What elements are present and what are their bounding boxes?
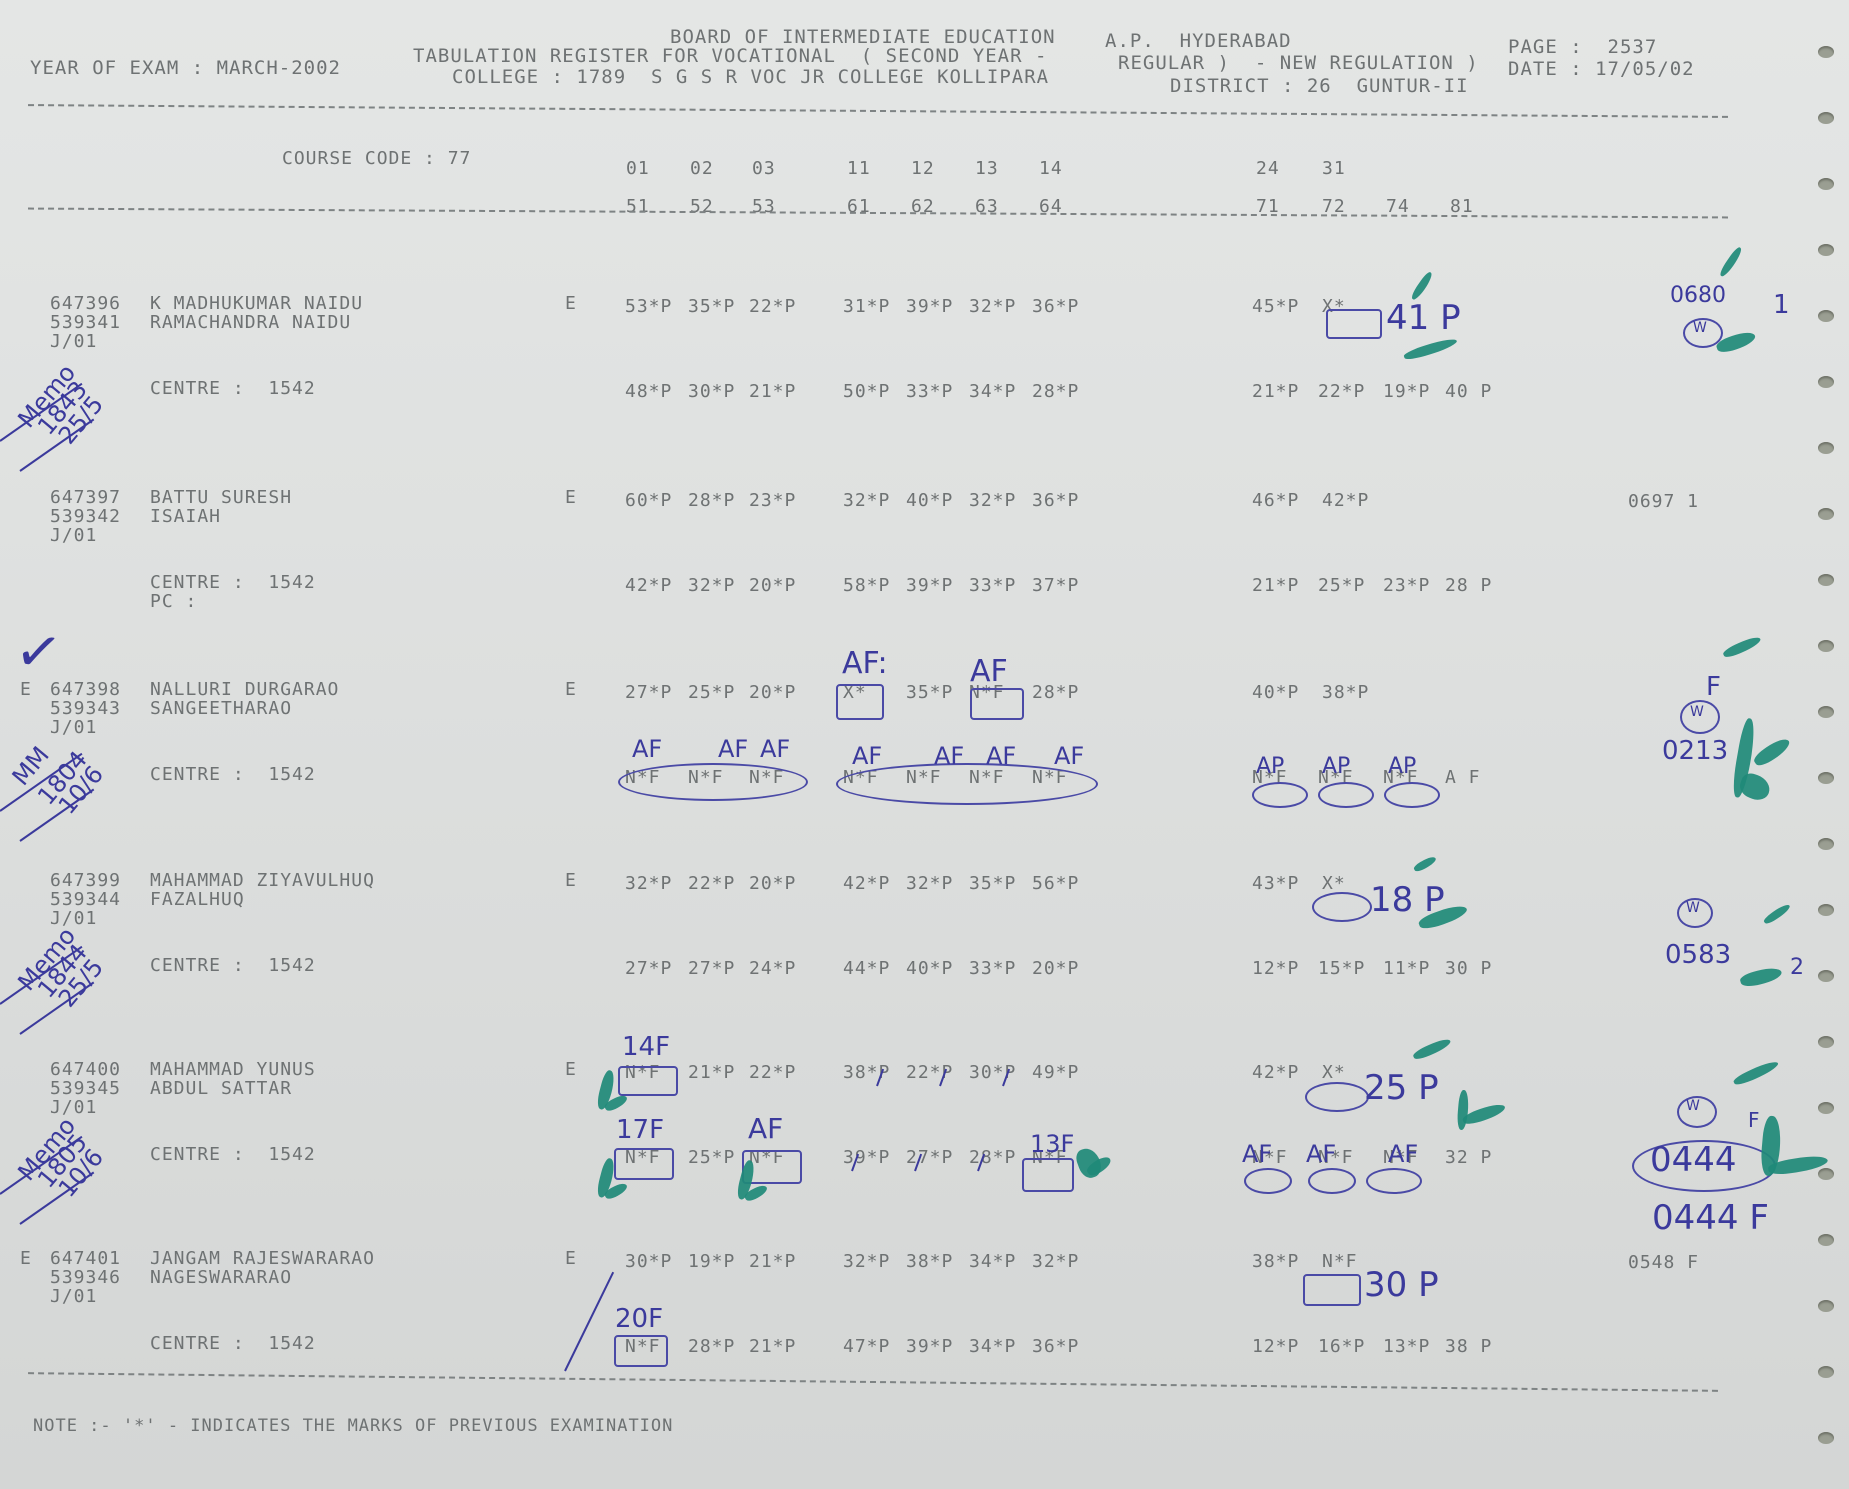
check-mark-icon: ✓ <box>11 617 67 688</box>
feed-hole <box>1818 376 1834 388</box>
mark-cell: 36*P <box>1032 296 1079 317</box>
father-name: FAZALHUQ <box>150 889 245 910</box>
correction-oval <box>1312 892 1372 922</box>
correction-box <box>614 1148 674 1180</box>
handwritten-total: 0680 <box>1670 283 1726 308</box>
mark-cell: 60*P <box>625 490 672 511</box>
tick-mark-icon <box>1732 1058 1780 1087</box>
student-name: NALLURI DURGARAO <box>150 679 339 700</box>
division-mark: 2 <box>1790 955 1804 980</box>
feed-hole <box>1818 1432 1834 1444</box>
feed-hole <box>1818 46 1834 58</box>
mark-cell: 28*P <box>688 490 735 511</box>
correction-box <box>618 1066 678 1096</box>
exam-centre: CENTRE : 1542 <box>150 1333 316 1354</box>
tick-mark-icon <box>1413 855 1438 874</box>
handwritten-af: AF <box>1388 1140 1418 1168</box>
correction-box <box>970 688 1024 720</box>
mark-cell: 12*P <box>1252 958 1299 979</box>
mark-cell: 30*P <box>625 1251 672 1272</box>
registration-number: 539342 <box>50 506 121 527</box>
mark-cell: 35*P <box>969 873 1016 894</box>
mark-cell: 40 P <box>1445 381 1492 402</box>
mark-cell: 32*P <box>688 575 735 596</box>
subject-code: 01 <box>626 158 650 179</box>
tick-mark-icon <box>1403 336 1458 363</box>
feed-hole <box>1818 970 1834 982</box>
student-name: BATTU SURESH <box>150 487 292 508</box>
handwritten-mark: 13F <box>1030 1130 1074 1158</box>
mark-cell: 32*P <box>843 1251 890 1272</box>
mark-cell: 39*P <box>906 296 953 317</box>
mark-cell: 35*P <box>906 682 953 703</box>
handwritten-result: F <box>1748 1108 1760 1132</box>
mark-cell: 32*P <box>969 296 1016 317</box>
mark-cell: 25*P <box>1318 575 1365 596</box>
feed-hole <box>1818 1168 1834 1180</box>
student-name: JANGAM RAJESWARARAO <box>150 1248 375 1269</box>
tick-mark-icon <box>1718 246 1744 278</box>
mark-cell: 23*P <box>749 490 796 511</box>
feed-hole <box>1818 1300 1834 1312</box>
feed-hole <box>1818 1366 1834 1378</box>
handwritten-af: AF <box>1306 1140 1336 1168</box>
mark-cell: 37*P <box>1032 575 1079 596</box>
mark-cell: 32*P <box>906 873 953 894</box>
registration-number: 539344 <box>50 889 121 910</box>
subject-code: 11 <box>847 158 871 179</box>
correction-box <box>1303 1274 1361 1306</box>
tick-mark-icon <box>1752 735 1793 769</box>
correction-oval <box>1305 1082 1369 1112</box>
mark-cell: 42*P <box>843 873 890 894</box>
mark-cell: 22*P <box>906 1062 953 1083</box>
mark-cell: 20*P <box>1032 958 1079 979</box>
subject-code: 52 <box>690 196 714 217</box>
feed-hole <box>1818 244 1834 256</box>
handwritten-mark: 14F <box>622 1032 670 1062</box>
hall-ticket-number: 647401 <box>50 1248 121 1269</box>
mark-cell: 22*P <box>749 296 796 317</box>
subject-code: 03 <box>752 158 776 179</box>
tick-mark-icon <box>1722 634 1762 660</box>
year-of-exam: YEAR OF EXAM : MARCH-2002 <box>30 57 341 79</box>
mark-cell: 20*P <box>749 873 796 894</box>
mark-cell: 58*P <box>843 575 890 596</box>
tick-mark-icon <box>1410 271 1435 302</box>
strike-line <box>564 1272 614 1372</box>
mark-cell: 38 P <box>1445 1336 1492 1357</box>
mark-cell: 42*P <box>625 575 672 596</box>
tick-mark-icon <box>1739 965 1783 989</box>
handwritten-total: 0583 <box>1665 940 1731 970</box>
n-f-oval <box>1318 782 1374 808</box>
mark-cell: A F <box>1445 767 1481 788</box>
father-name: RAMACHANDRA NAIDU <box>150 312 351 333</box>
mark-cell: 56*P <box>1032 873 1079 894</box>
mark-cell: 42*P <box>1322 490 1369 511</box>
mark-cell: 15*P <box>1318 958 1365 979</box>
mark-cell: 28*P <box>969 1147 1016 1168</box>
page-number: PAGE : 2537 <box>1508 36 1657 58</box>
mark-cell: 21*P <box>1252 575 1299 596</box>
mark-cell: 21*P <box>1252 381 1299 402</box>
mark-cell: 36*P <box>1032 490 1079 511</box>
father-name: SANGEETHARAO <box>150 698 292 719</box>
feed-hole <box>1818 1036 1834 1048</box>
medium: E <box>565 870 577 891</box>
mark-cell: 31*P <box>843 296 890 317</box>
mark-cell: 33*P <box>969 958 1016 979</box>
handwritten-mark: AF <box>748 1112 783 1145</box>
mark-cell: 30*P <box>688 381 735 402</box>
feed-hole <box>1818 508 1834 520</box>
subject-code: 02 <box>690 158 714 179</box>
mark-cell: 16*P <box>1318 1336 1365 1357</box>
hall-ticket-number: 647398 <box>50 679 121 700</box>
group-code: J/01 <box>50 717 97 738</box>
subject-code: 81 <box>1450 196 1474 217</box>
mark-cell: 21*P <box>749 1251 796 1272</box>
feed-hole <box>1818 310 1834 322</box>
n-f-oval <box>1366 1168 1422 1194</box>
mark-cell: 19*P <box>1383 381 1430 402</box>
mark-cell: 32*P <box>843 490 890 511</box>
mark-cell: 27*P <box>688 958 735 979</box>
result: 0548 F <box>1628 1252 1699 1273</box>
feed-hole <box>1818 904 1834 916</box>
w-mark: W <box>1693 320 1707 336</box>
mark-cell: 28 P <box>1445 575 1492 596</box>
subject-code: 53 <box>752 196 776 217</box>
mark-cell: 39*P <box>906 1336 953 1357</box>
father-name: ABDUL SATTAR <box>150 1078 292 1099</box>
board-location: A.P. HYDERABAD <box>1105 30 1292 52</box>
exam-centre: CENTRE : 1542 <box>150 764 316 785</box>
print-date: DATE : 17/05/02 <box>1508 58 1695 80</box>
mark-cell: 39*P <box>906 575 953 596</box>
feed-hole <box>1818 1234 1834 1246</box>
registration-number: 539341 <box>50 312 121 333</box>
mark-cell: 36*P <box>1032 1336 1079 1357</box>
hall-ticket-number: 647396 <box>50 293 121 314</box>
mark-cell: 48*P <box>625 381 672 402</box>
handwritten-af: AP <box>1388 754 1416 779</box>
subject-code: 12 <box>911 158 935 179</box>
exam-centre: CENTRE : 1542 <box>150 1144 316 1165</box>
course-code: COURSE CODE : 77 <box>282 148 471 169</box>
handwritten-af: AF <box>760 735 790 763</box>
feed-hole <box>1818 178 1834 190</box>
mark-cell: 43*P <box>1252 873 1299 894</box>
medium: E <box>565 679 577 700</box>
tick-mark-icon <box>1412 1036 1452 1062</box>
registration-number: 539343 <box>50 698 121 719</box>
registration-number: 539346 <box>50 1267 121 1288</box>
handwritten-af: AF <box>632 735 662 763</box>
footer-note: NOTE :- '*' - INDICATES THE MARKS OF PRE… <box>33 1416 673 1436</box>
mark-cell: X* <box>1322 873 1346 894</box>
handwritten-af: AF <box>718 735 748 763</box>
mark-cell: 21*P <box>688 1062 735 1083</box>
handwritten-af: AF <box>934 742 964 770</box>
handwritten-af: AP <box>1322 754 1350 779</box>
mark-cell: 50*P <box>843 381 890 402</box>
w-mark: W <box>1690 704 1704 720</box>
mark-cell: X* <box>1322 1062 1346 1083</box>
mark-cell: 21*P <box>749 381 796 402</box>
mark-cell: 42*P <box>1252 1062 1299 1083</box>
handwritten-correction: 30 P <box>1364 1265 1439 1305</box>
mark-cell: 40*P <box>906 958 953 979</box>
mark-cell: 22*P <box>688 873 735 894</box>
mark-cell: 12*P <box>1252 1336 1299 1357</box>
mark-cell: 30*P <box>969 1062 1016 1083</box>
medium: E <box>565 293 577 314</box>
student-name: K MADHUKUMAR NAIDU <box>150 293 363 314</box>
group-code: J/01 <box>50 331 97 352</box>
mark-cell: 38*P <box>1322 682 1369 703</box>
mark-cell: 34*P <box>969 1336 1016 1357</box>
district: DISTRICT : 26 GUNTUR-II <box>1170 75 1469 97</box>
n-f-group-oval <box>618 763 808 801</box>
mark-cell: 28*P <box>688 1336 735 1357</box>
feed-hole <box>1818 838 1834 850</box>
exam-centre: CENTRE : 1542 <box>150 955 316 976</box>
mark-cell: 39*P <box>843 1147 890 1168</box>
mark-cell: 38*P <box>843 1062 890 1083</box>
n-f-oval <box>1384 782 1440 808</box>
mark-cell: 47*P <box>843 1336 890 1357</box>
handwritten-af: AF <box>852 742 882 770</box>
register-title: TABULATION REGISTER FOR VOCATIONAL ( SEC… <box>413 45 1047 67</box>
mark-cell: 35*P <box>688 296 735 317</box>
mark-cell: 33*P <box>906 381 953 402</box>
mark-cell: 45*P <box>1252 296 1299 317</box>
mark-cell: 30 P <box>1445 958 1492 979</box>
handwritten-af: AF <box>986 742 1016 770</box>
feed-hole <box>1818 706 1834 718</box>
group-code: J/01 <box>50 525 97 546</box>
student-name: MAHAMMAD YUNUS <box>150 1059 316 1080</box>
handwritten-mark: 20F <box>615 1304 663 1334</box>
register-title-cont: REGULAR ) - NEW REGULATION ) <box>1118 52 1479 74</box>
feed-hole <box>1818 640 1834 652</box>
mark-cell: 44*P <box>843 958 890 979</box>
correction-box <box>1022 1158 1074 1192</box>
mark-cell: 46*P <box>1252 490 1299 511</box>
mark-cell: 24*P <box>749 958 796 979</box>
registration-number: 539345 <box>50 1078 121 1099</box>
handwritten-af: AF <box>1054 742 1084 770</box>
mark-cell: 38*P <box>906 1251 953 1272</box>
subject-code: 24 <box>1256 158 1280 179</box>
handwritten-correction: 41 P <box>1386 298 1461 338</box>
father-name: ISAIAH <box>150 506 221 527</box>
hall-ticket-number: 647399 <box>50 870 121 891</box>
mark-cell: 27*P <box>906 1147 953 1168</box>
feed-hole <box>1818 1102 1834 1114</box>
record-flag: E <box>20 1248 32 1269</box>
father-name: NAGESWARARAO <box>150 1267 292 1288</box>
feed-hole <box>1818 574 1834 586</box>
handwritten-result: F <box>1706 672 1721 702</box>
student-name: MAHAMMAD ZIYAVULHUQ <box>150 870 375 891</box>
handwritten-mark: 17F <box>616 1115 664 1145</box>
subject-code: 13 <box>975 158 999 179</box>
mark-cell: 22*P <box>749 1062 796 1083</box>
mark-cell: 33*P <box>969 575 1016 596</box>
mark-cell: 23*P <box>1383 575 1430 596</box>
division-mark: 1 <box>1773 290 1790 320</box>
tabulation-register-sheet: YEAR OF EXAM : MARCH-2002 BOARD OF INTER… <box>0 0 1849 1489</box>
exam-centre: CENTRE : 1542 <box>150 572 316 593</box>
mark-cell: 28*P <box>1032 381 1079 402</box>
subject-code: 51 <box>626 196 650 217</box>
mark-cell: 25*P <box>688 1147 735 1168</box>
mark-cell: 11*P <box>1383 958 1430 979</box>
hall-ticket-number: 647397 <box>50 487 121 508</box>
mark-cell: 49*P <box>1032 1062 1079 1083</box>
mark-cell: 34*P <box>969 381 1016 402</box>
handwritten-af: AF <box>970 654 1008 689</box>
handwritten-af: AF <box>1242 1140 1272 1168</box>
w-mark: W <box>1686 1098 1700 1114</box>
pc-label: PC : <box>150 591 197 612</box>
medium: E <box>565 1059 577 1080</box>
mark-cell: 40*P <box>906 490 953 511</box>
medium: E <box>565 1248 577 1269</box>
feed-hole <box>1818 772 1834 784</box>
tick-mark-icon <box>1456 1090 1469 1131</box>
mark-cell: 32*P <box>625 873 672 894</box>
mark-cell: 32*P <box>1032 1251 1079 1272</box>
college: COLLEGE : 1789 S G S R VOC JR COLLEGE KO… <box>452 66 1049 88</box>
mark-cell: 19*P <box>688 1251 735 1272</box>
correction-box <box>836 684 884 720</box>
mark-cell: 25*P <box>688 682 735 703</box>
divider <box>28 104 1728 118</box>
mark-cell: 27*P <box>625 682 672 703</box>
handwritten-total-corrected: 0444 F <box>1652 1198 1769 1238</box>
group-code: J/01 <box>50 1286 97 1307</box>
handwritten-af: AP <box>1256 754 1284 779</box>
hall-ticket-number: 647400 <box>50 1059 121 1080</box>
mark-cell: N*F <box>1322 1251 1358 1272</box>
subject-code: 31 <box>1322 158 1346 179</box>
feed-hole <box>1818 442 1834 454</box>
tick-mark-icon <box>1737 771 1773 804</box>
result: 0697 1 <box>1628 491 1699 512</box>
medium: E <box>565 487 577 508</box>
feed-hole <box>1818 112 1834 124</box>
mark-cell: 13*P <box>1383 1336 1430 1357</box>
mark-cell: 32 P <box>1445 1147 1492 1168</box>
mark-cell: 20*P <box>749 682 796 703</box>
tick-mark-icon <box>1762 902 1791 926</box>
n-f-oval <box>1252 782 1308 808</box>
subject-code: 14 <box>1039 158 1063 179</box>
mark-cell: 28*P <box>1032 682 1079 703</box>
handwritten-total: 0213 <box>1662 736 1728 766</box>
correction-box <box>614 1335 668 1367</box>
handwritten-total: 0444 <box>1650 1140 1737 1180</box>
mark-cell: 53*P <box>625 296 672 317</box>
mark-cell: 38*P <box>1252 1251 1299 1272</box>
n-f-oval <box>1244 1168 1292 1194</box>
mark-cell: 34*P <box>969 1251 1016 1272</box>
handwritten-af: AF: <box>842 646 888 681</box>
mark-cell: 21*P <box>749 1336 796 1357</box>
mark-cell: 20*P <box>749 575 796 596</box>
mark-cell: 27*P <box>625 958 672 979</box>
n-f-oval <box>1308 1168 1356 1194</box>
w-mark: W <box>1686 900 1700 916</box>
handwritten-correction: 25 P <box>1364 1068 1439 1108</box>
divider <box>28 1372 1718 1392</box>
mark-cell: 40*P <box>1252 682 1299 703</box>
mark-cell: 32*P <box>969 490 1016 511</box>
correction-box <box>1326 309 1382 339</box>
mark-cell: 22*P <box>1318 381 1365 402</box>
exam-centre: CENTRE : 1542 <box>150 378 316 399</box>
